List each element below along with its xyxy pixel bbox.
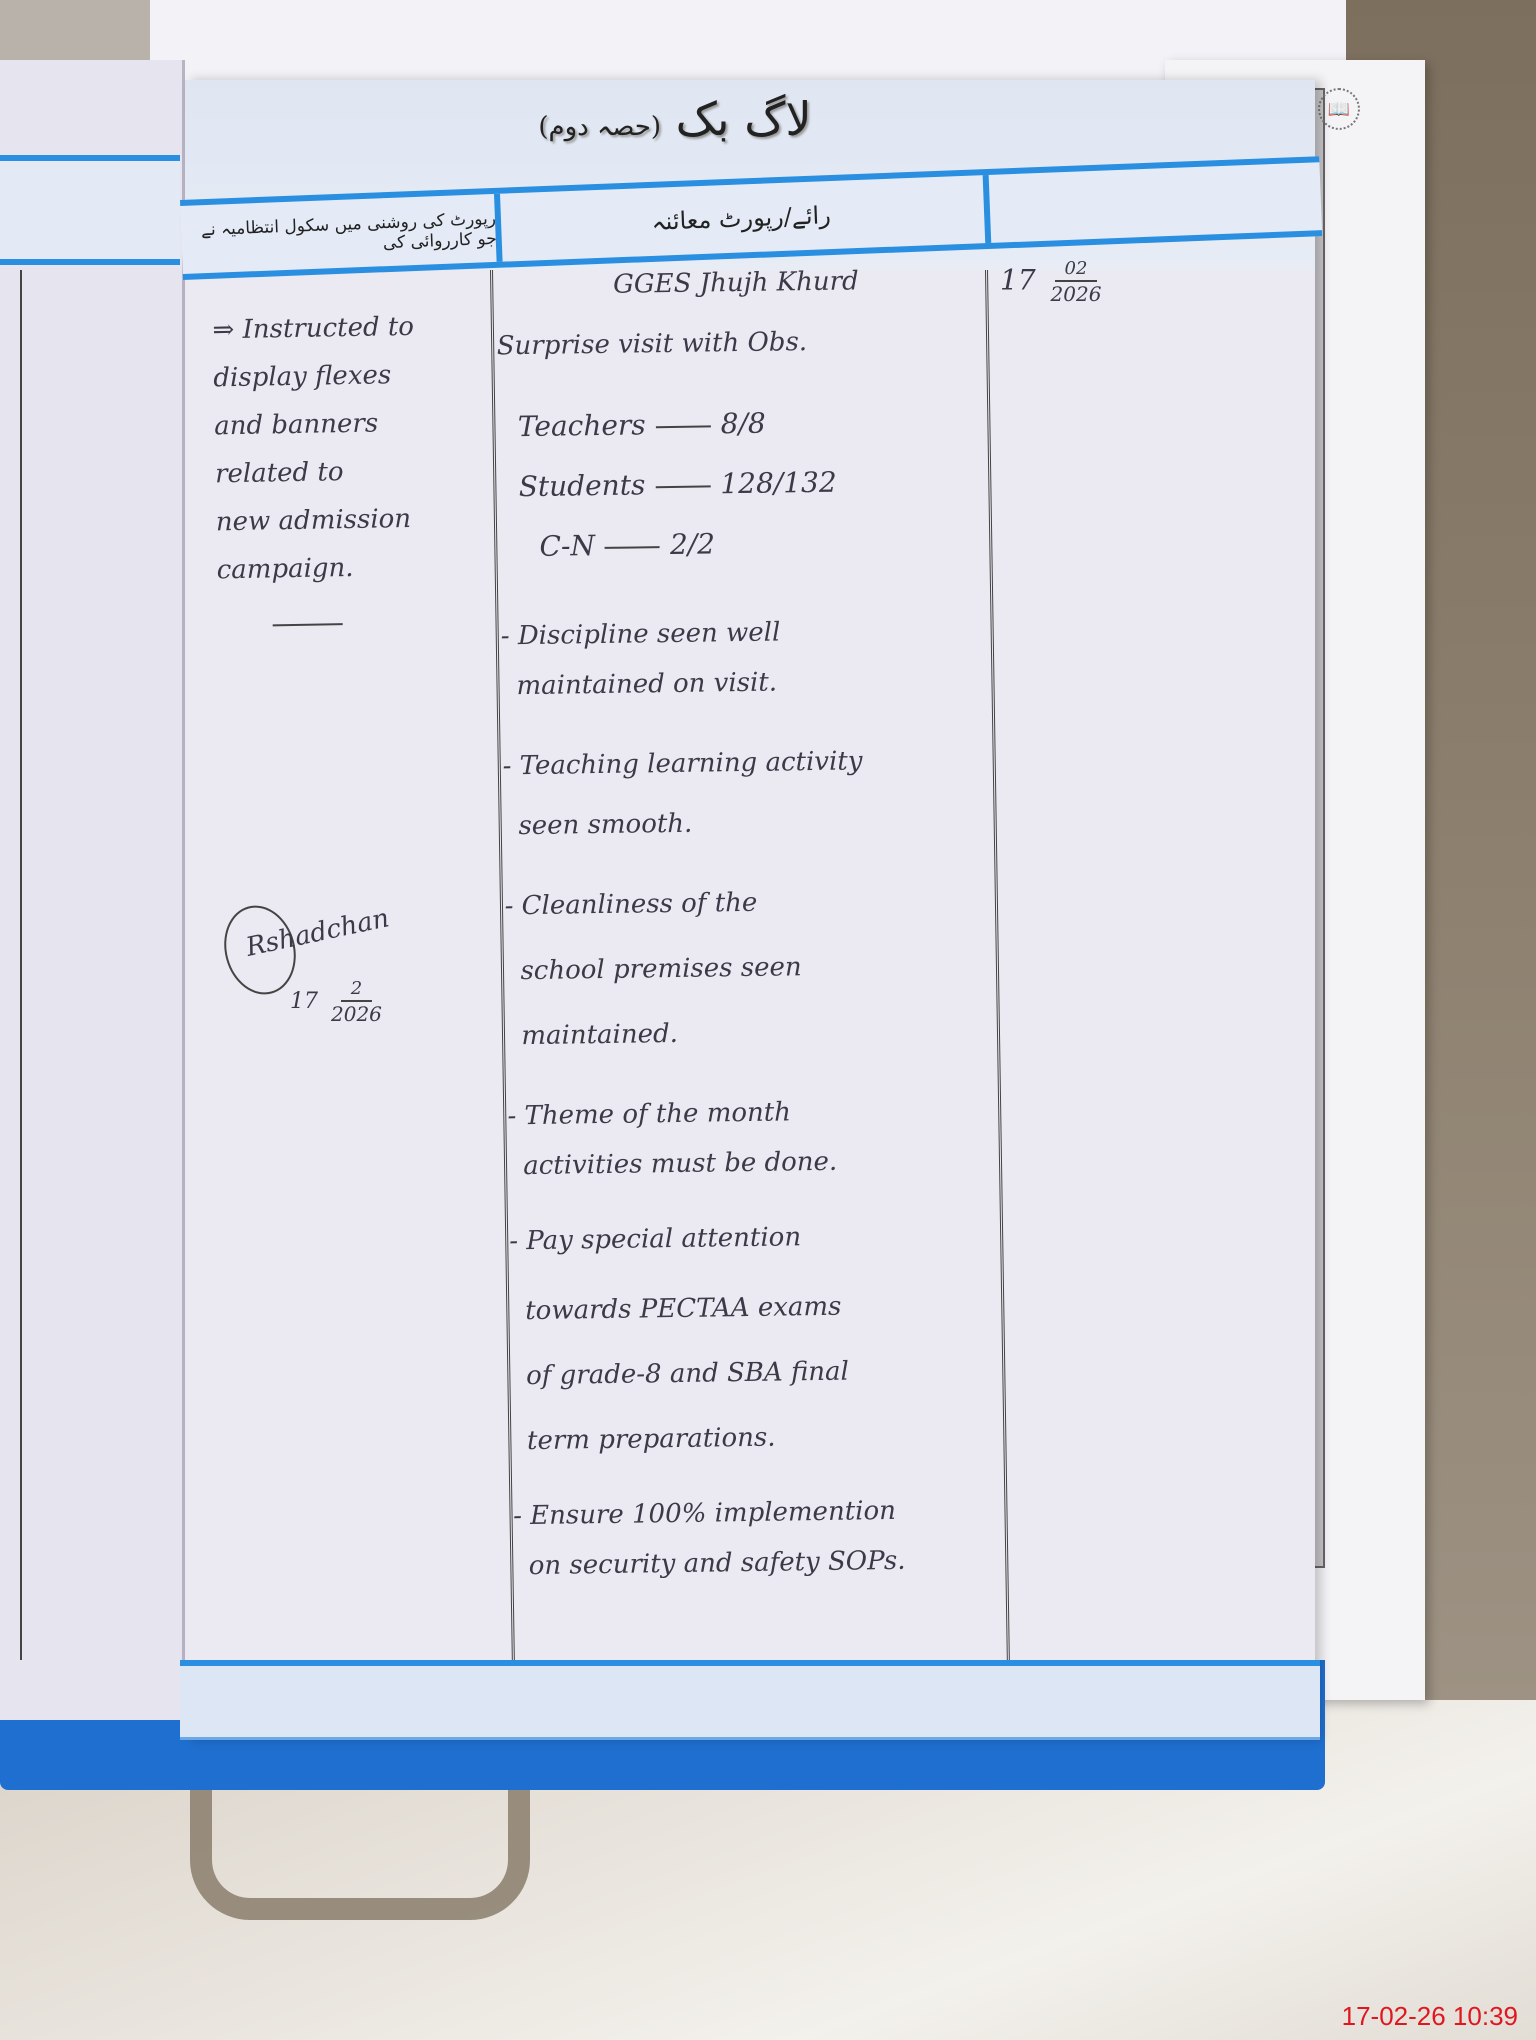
page-footer-band — [180, 1660, 1320, 1740]
camera-timestamp: 17-02-26 10:39 — [1342, 2001, 1518, 2032]
signature-date: 17 2 2026 — [290, 980, 382, 1024]
observation-item: - Cleanliness of the school premises see… — [504, 887, 987, 1094]
entry-date: 17 02 2026 — [1000, 260, 1300, 304]
count-cn: C-N2/2 — [499, 527, 980, 614]
column-header-action-taken: رپورٹ کی روشنی میں سکول انتظامیہ نے جو ک… — [180, 194, 497, 274]
count-students: Students128/132 — [499, 467, 980, 534]
signature: Rshadchan 17 2 2026 — [225, 900, 465, 1030]
left-page — [0, 60, 185, 1720]
logbook-part-label: (حصہ دوم) — [538, 112, 661, 142]
action-taken-cell: ⇒ Instructed to display flexes and banne… — [212, 313, 487, 628]
logbook-title: لاگ بک (حصہ دوم) — [465, 92, 885, 146]
school-name: GGES Jhujh Khurd — [496, 267, 977, 334]
bag-buckle — [190, 1790, 530, 1920]
logbook-title-text: لاگ بک — [676, 92, 812, 146]
observation-item: - Pay special attention towards PECTAA e… — [509, 1222, 993, 1494]
report-cell: GGES Jhujh Khurd Surprise visit with Obs… — [496, 267, 995, 1604]
observation-item: - Theme of the month activities must be … — [507, 1097, 989, 1219]
book-logo-icon: 📖 — [1318, 88, 1360, 130]
count-teachers: Teachers8/8 — [498, 407, 979, 474]
logbook-page: لاگ بک (حصہ دوم) رپورٹ کی روشنی میں سکول… — [185, 80, 1315, 1740]
visit-type: Surprise visit with Obs. — [497, 327, 978, 414]
column-header-date — [990, 163, 1302, 243]
observation-item: - Teaching learning activity seen smooth… — [502, 747, 984, 884]
column-header-report: رائے/رپورٹ معائنہ — [500, 175, 982, 261]
observation-item: - Ensure 100% implemention on security a… — [513, 1497, 994, 1604]
observation-item: - Discipline seen well maintained on vis… — [501, 617, 983, 744]
